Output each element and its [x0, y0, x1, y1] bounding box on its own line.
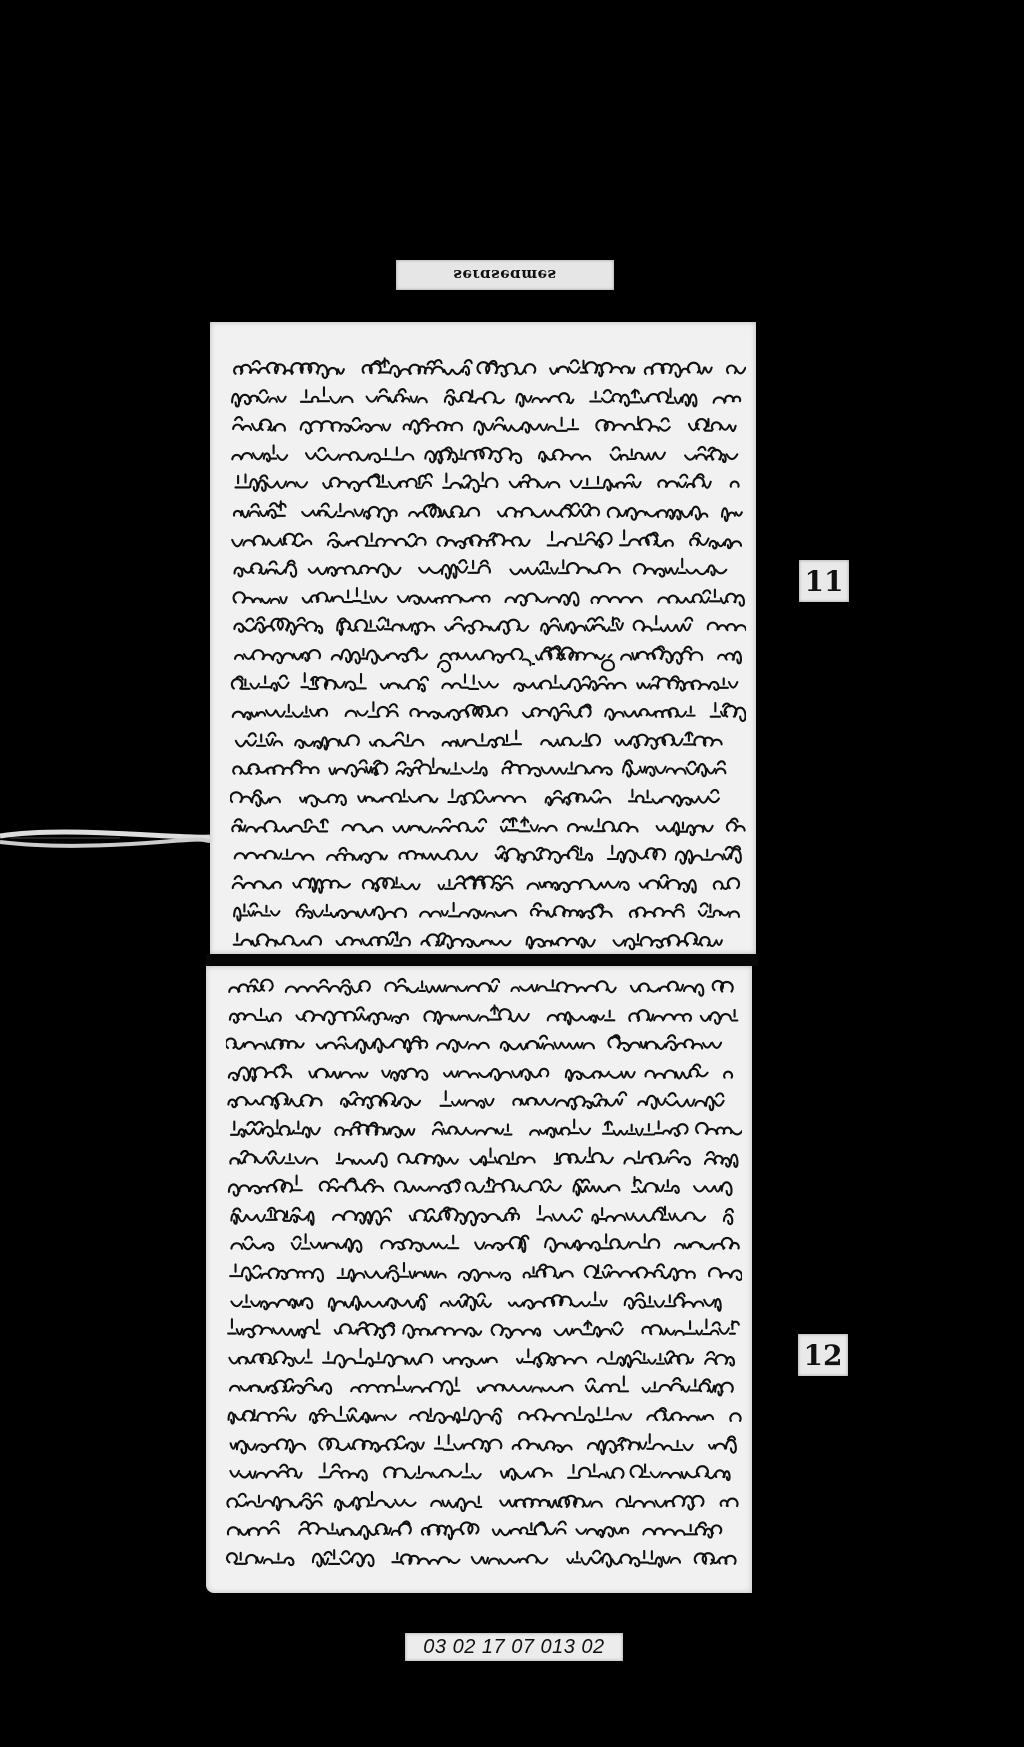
manuscript-line [226, 1260, 742, 1289]
archive-label-top: ƨɘmɒɘƨɒɿɘƨ [396, 260, 614, 290]
manuscript-line [226, 1374, 742, 1403]
manuscript-line [226, 1088, 742, 1117]
page-divider [206, 954, 758, 966]
manuscript-line [226, 1117, 742, 1146]
manuscript-line [230, 728, 746, 757]
manuscript-line [226, 1517, 742, 1546]
manuscript-line [230, 499, 746, 528]
manuscript-line [226, 1346, 742, 1375]
manuscript-line [226, 1432, 742, 1461]
manuscript-line [226, 974, 742, 1003]
manuscript-line [230, 871, 746, 900]
manuscript-line [230, 385, 746, 414]
page-number-11: 11 [799, 560, 849, 602]
manuscript-line [226, 1289, 742, 1318]
manuscript-line [230, 699, 746, 728]
manuscript-line [230, 642, 746, 671]
manuscript-line [230, 842, 746, 871]
manuscript-line [230, 899, 746, 928]
archive-reference-text: 03 02 17 07 013 02 [423, 1636, 604, 1659]
manuscript-line [226, 1031, 742, 1060]
manuscript-line [230, 442, 746, 471]
manuscript-line [226, 1489, 742, 1518]
manuscript-page-bottom [206, 966, 752, 1593]
binding-string [0, 826, 210, 852]
page-number-12: 12 [798, 1334, 848, 1376]
archive-reference-label: 03 02 17 07 013 02 [405, 1633, 623, 1661]
manuscript-line [226, 1460, 742, 1489]
page-number-label: 11 [805, 565, 844, 598]
manuscript-line [230, 356, 746, 385]
manuscript-page-top [210, 322, 756, 954]
manuscript-line [226, 1203, 742, 1232]
manuscript-line [226, 1060, 742, 1089]
manuscript-line [226, 1317, 742, 1346]
manuscript-line [230, 528, 746, 557]
manuscript-line [226, 1546, 742, 1575]
manuscript-line [226, 1231, 742, 1260]
manuscript-line [230, 671, 746, 700]
manuscript-line [230, 585, 746, 614]
manuscript-line [230, 556, 746, 585]
manuscript-line [226, 1403, 742, 1432]
archive-label-top-text: ƨɘmɒɘƨɒɿɘƨ [453, 266, 556, 284]
manuscript-line [230, 413, 746, 442]
page-number-label: 12 [804, 1339, 843, 1372]
manuscript-line [226, 1146, 742, 1175]
manuscript-line [230, 756, 746, 785]
manuscript-line [230, 785, 746, 814]
manuscript-line [226, 1003, 742, 1032]
manuscript-text-bottom [226, 974, 742, 1574]
manuscript-line [230, 613, 746, 642]
manuscript-text-top [230, 356, 746, 985]
manuscript-line [226, 1174, 742, 1203]
manuscript-line [230, 470, 746, 499]
manuscript-line [230, 928, 746, 957]
manuscript-line [230, 814, 746, 843]
